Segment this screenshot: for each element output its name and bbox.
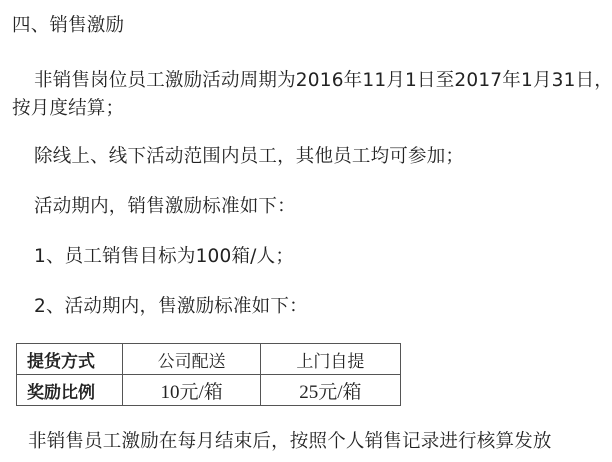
section-heading: 四、销售激励 bbox=[12, 14, 124, 38]
paragraph-settlement: 按月度结算； bbox=[12, 97, 124, 121]
paragraph-incentive-standard: 2、活动期内，售激励标准如下： bbox=[34, 295, 308, 319]
paragraph-sales-target: 1、员工销售目标为100箱/人； bbox=[34, 245, 294, 269]
table-row-header: 奖励比例 bbox=[17, 375, 123, 406]
reward-table: 提货方式 公司配送 上门自提 奖励比例 10元/箱 25元/箱 bbox=[16, 343, 401, 406]
table-row-header: 提货方式 bbox=[17, 344, 123, 375]
table-cell: 上门自提 bbox=[260, 344, 400, 375]
paragraph-payout: 非销售员工激励在每月结束后，按照个人销售记录进行核算发放 bbox=[28, 430, 552, 454]
paragraph-standard-intro: 活动期内，销售激励标准如下： bbox=[34, 195, 296, 219]
paragraph-activity-period: 非销售岗位员工激励活动周期为2016年11月1日至2017年1月31日， bbox=[34, 69, 612, 93]
table-cell: 公司配送 bbox=[123, 344, 260, 375]
paragraph-eligibility: 除线上、线下活动范围内员工，其他员工均可参加； bbox=[34, 145, 464, 169]
table-row: 提货方式 公司配送 上门自提 bbox=[17, 344, 401, 375]
table-cell: 10元/箱 bbox=[123, 375, 260, 406]
table-row: 奖励比例 10元/箱 25元/箱 bbox=[17, 375, 401, 406]
table-cell: 25元/箱 bbox=[260, 375, 400, 406]
